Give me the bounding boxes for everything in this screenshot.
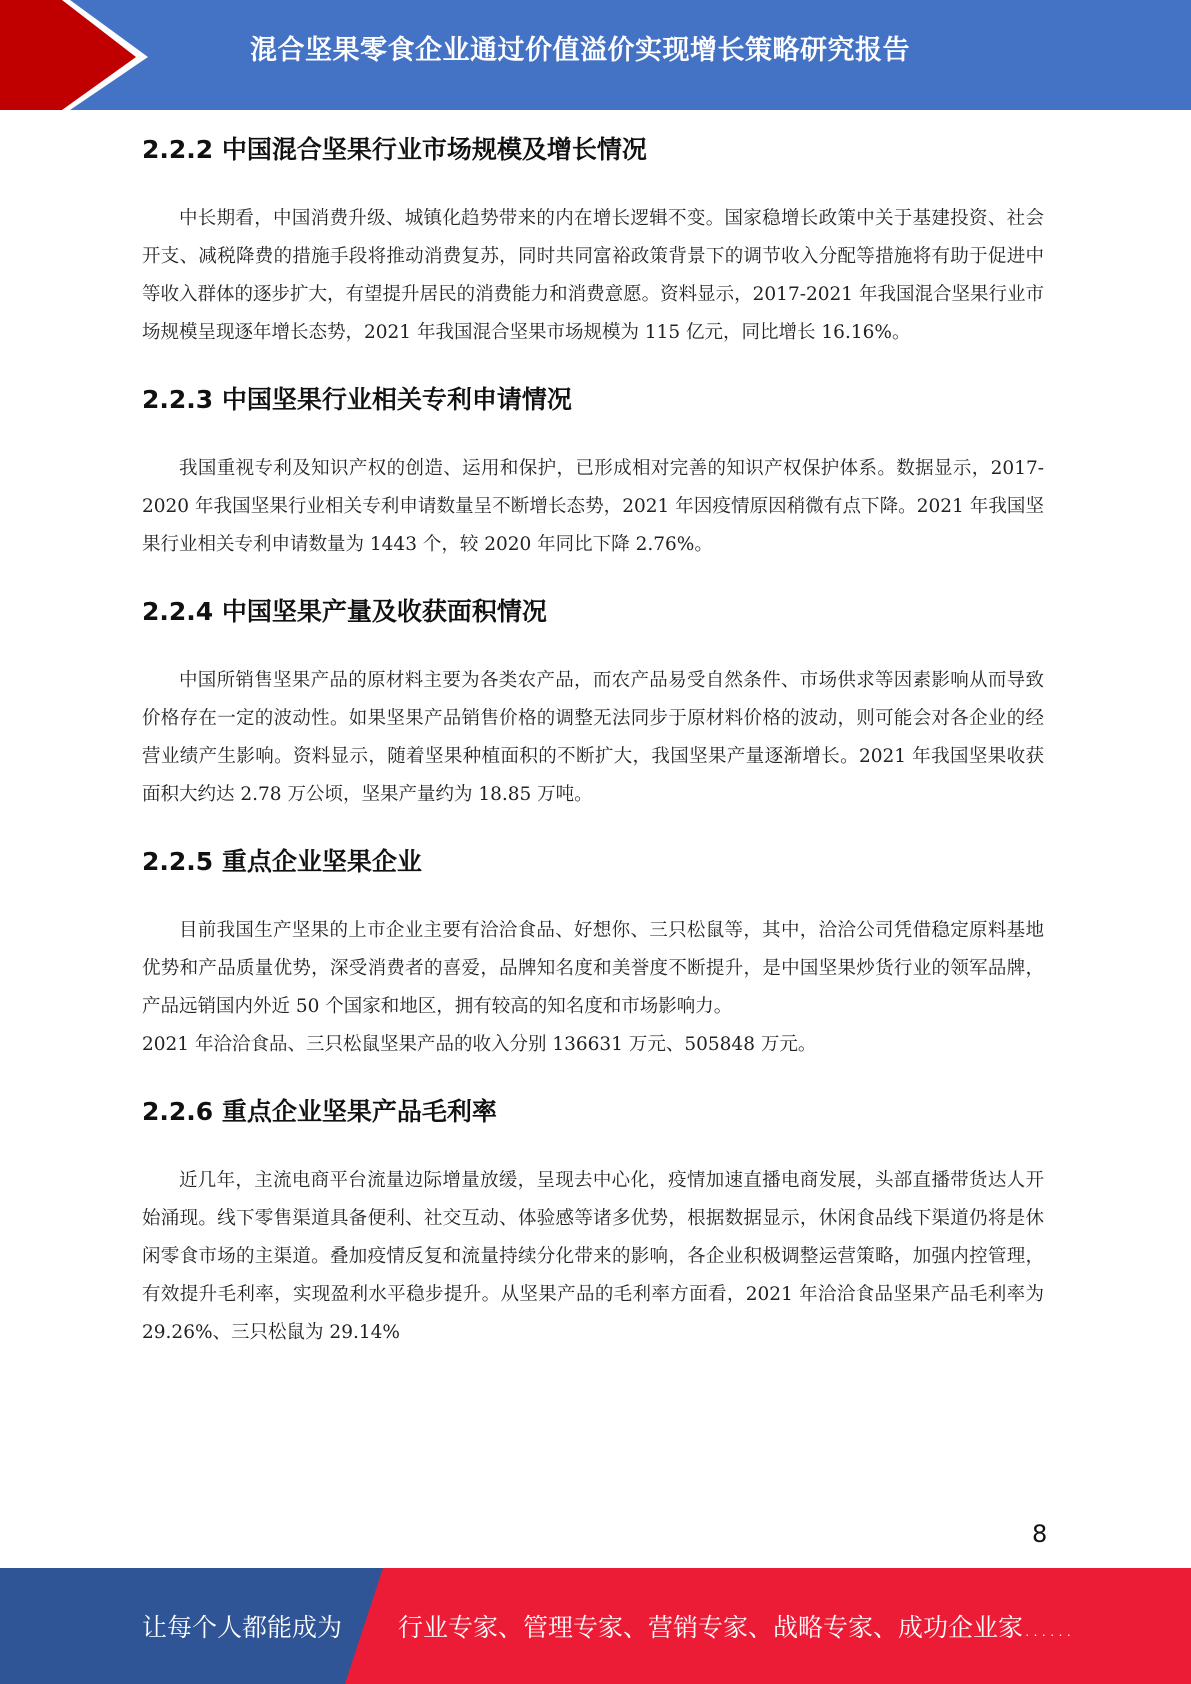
page-footer: 让每个人都能成为 行业专家、管理专家、营销专家、战略专家、成功企业家……: [0, 1568, 1191, 1684]
section-2-2-5: 2.2.5 重点企业坚果企业 目前我国生产坚果的上市企业主要有洽洽食品、好想你、…: [142, 842, 1044, 1064]
section-heading: 2.2.6 重点企业坚果产品毛利率: [142, 1092, 1044, 1132]
chevron-arrow-icon: [0, 0, 200, 110]
section-paragraph: 目前我国生产坚果的上市企业主要有洽洽食品、好想你、三只松鼠等，其中，洽洽公司凭借…: [142, 912, 1044, 1026]
section-heading: 2.2.3 中国坚果行业相关专利申请情况: [142, 380, 1044, 420]
page-number: 8: [1032, 1520, 1047, 1548]
section-heading: 2.2.5 重点企业坚果企业: [142, 842, 1044, 882]
report-title: 混合坚果零食企业通过价值溢价实现增长策略研究报告: [250, 28, 910, 67]
document-content: 2.2.2 中国混合坚果行业市场规模及增长情况 中长期看，中国消费升级、城镇化趋…: [142, 130, 1044, 1380]
section-2-2-6: 2.2.6 重点企业坚果产品毛利率 近几年，主流电商平台流量边际增量放缓，呈现去…: [142, 1092, 1044, 1352]
section-paragraph: 我国重视专利及知识产权的创造、运用和保护，已形成相对完善的知识产权保护体系。数据…: [142, 450, 1044, 564]
section-2-2-4: 2.2.4 中国坚果产量及收获面积情况 中国所销售坚果产品的原材料主要为各类农产…: [142, 592, 1044, 814]
section-2-2-2: 2.2.2 中国混合坚果行业市场规模及增长情况 中长期看，中国消费升级、城镇化趋…: [142, 130, 1044, 352]
footer-slogan-left: 让每个人都能成为: [142, 1608, 342, 1644]
section-heading: 2.2.2 中国混合坚果行业市场规模及增长情况: [142, 130, 1044, 170]
page-header: 混合坚果零食企业通过价值溢价实现增长策略研究报告: [0, 0, 1191, 110]
section-2-2-3: 2.2.3 中国坚果行业相关专利申请情况 我国重视专利及知识产权的创造、运用和保…: [142, 380, 1044, 564]
section-heading: 2.2.4 中国坚果产量及收获面积情况: [142, 592, 1044, 632]
footer-slogan-right: 行业专家、管理专家、营销专家、战略专家、成功企业家……: [398, 1608, 1073, 1644]
section-paragraph: 中长期看，中国消费升级、城镇化趋势带来的内在增长逻辑不变。国家稳增长政策中关于基…: [142, 200, 1044, 352]
section-paragraph-continued: 2021 年洽洽食品、三只松鼠坚果产品的收入分别 136631 万元、50584…: [142, 1026, 1044, 1064]
section-paragraph: 近几年，主流电商平台流量边际增量放缓，呈现去中心化，疫情加速直播电商发展，头部直…: [142, 1162, 1044, 1352]
section-paragraph: 中国所销售坚果产品的原材料主要为各类农产品，而农产品易受自然条件、市场供求等因素…: [142, 662, 1044, 814]
